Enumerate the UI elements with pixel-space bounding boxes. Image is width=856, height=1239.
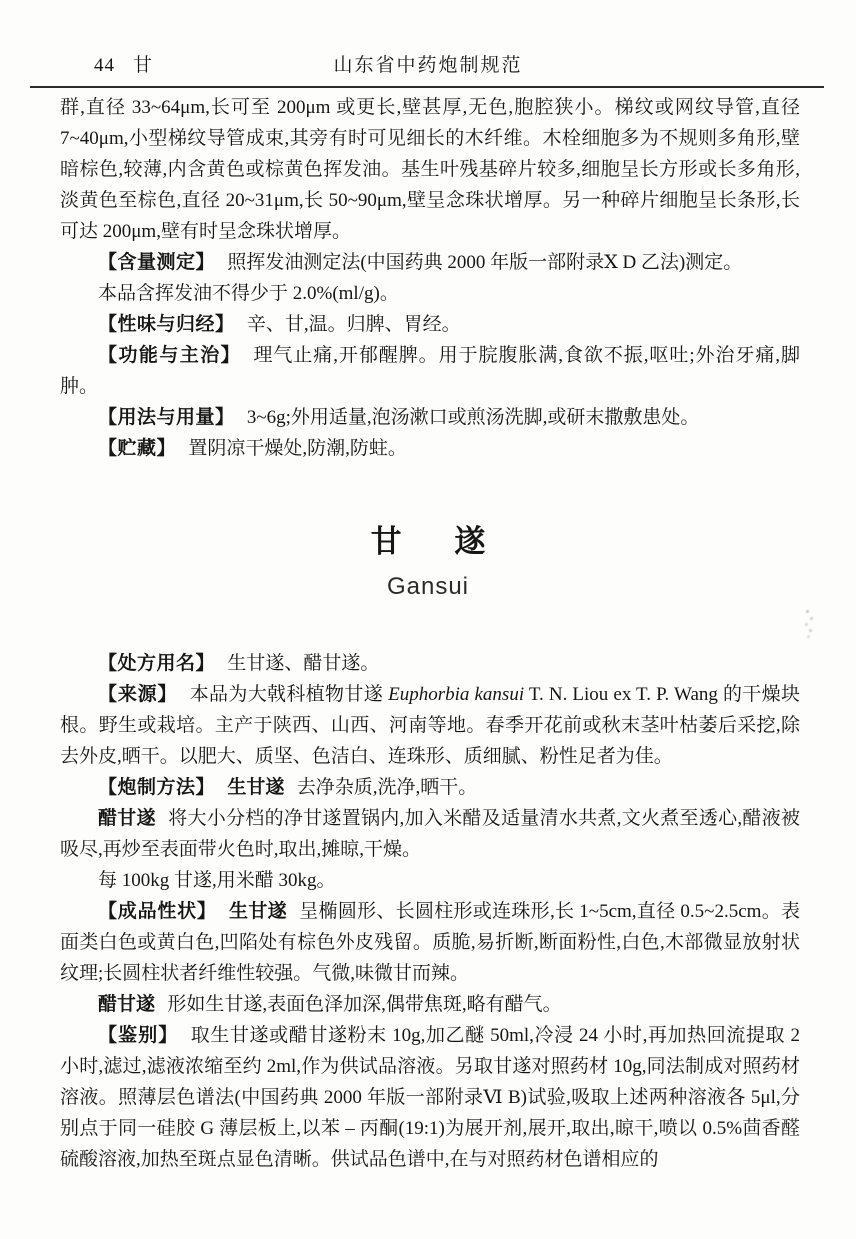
text-segment: 本品含挥发油不得少于 2.0%(ml/g)。 (98, 283, 399, 304)
paragraph: 【来源】本品为大戟科植物甘遂 Euphorbia kansui T. N. Li… (60, 679, 800, 772)
monograph-title-block: 甘 遂 Gansui (0, 516, 856, 601)
monograph-title-cn: 甘 遂 (0, 516, 856, 561)
text-segment: 形如生甘遂,表面色泽加深,偶带焦斑,略有醋气。 (167, 994, 561, 1015)
book-title: 山东省中药炮制规范 (0, 50, 856, 77)
section-label: 【炮制方法】 (98, 777, 215, 798)
text-segment: 生甘遂 (227, 777, 284, 798)
text-segment: 照挥发油测定法(中国药典 2000 年版一部附录Ⅹ D 乙法)测定。 (227, 252, 742, 273)
text-segment: 生甘遂 (229, 901, 287, 922)
section-label: 【功能与主治】 (98, 345, 241, 366)
text-segment: Euphorbia kansui (388, 684, 524, 705)
paragraph: 群,直径 33~64μm,长可至 200μm 或更长,壁甚厚,无色,胞腔狭小。梯… (60, 92, 800, 247)
paragraph: 【炮制方法】生甘遂去净杂质,洗净,晒干。 (60, 772, 800, 803)
text-segment: 醋甘遂 (98, 808, 156, 829)
section-label: 【性味与归经】 (98, 314, 235, 335)
paragraph: 醋甘遂将大小分档的净甘遂置锅内,加入米醋及适量清水共煮,文火煮至透心,醋液被吸尽… (60, 803, 800, 865)
previous-monograph-tail: 群,直径 33~64μm,长可至 200μm 或更长,壁甚厚,无色,胞腔狭小。梯… (60, 92, 800, 464)
text-segment: 生甘遂、醋甘遂。 (227, 653, 379, 674)
section-label: 【贮藏】 (98, 438, 176, 459)
text-segment: 醋甘遂 (98, 994, 155, 1015)
paragraph: 【含量测定】照挥发油测定法(中国药典 2000 年版一部附录Ⅹ D 乙法)测定。 (60, 247, 800, 278)
text-segment: 置阴凉干燥处,防潮,防蛀。 (188, 438, 407, 459)
paragraph: 【成品性状】生甘遂呈椭圆形、长圆柱形或连珠形,长 1~5cm,直径 0.5~2.… (60, 896, 800, 989)
paragraph: 每 100kg 甘遂,用米醋 30kg。 (60, 865, 800, 896)
paragraph: 本品含挥发油不得少于 2.0%(ml/g)。 (60, 278, 800, 309)
monograph-body: 【处方用名】生甘遂、醋甘遂。【来源】本品为大戟科植物甘遂 Euphorbia k… (60, 648, 800, 1175)
book-page: 44甘 山东省中药炮制规范 群,直径 33~64μm,长可至 200μm 或更长… (0, 0, 856, 1239)
scan-smudge (806, 610, 809, 613)
paragraph: 【处方用名】生甘遂、醋甘遂。 (60, 648, 800, 679)
paragraph: 【贮藏】置阴凉干燥处,防潮,防蛀。 (60, 433, 800, 464)
paragraph: 【性味与归经】辛、甘,温。归脾、胃经。 (60, 309, 800, 340)
text-segment: 群,直径 33~64μm,长可至 200μm 或更长,壁甚厚,无色,胞腔狭小。梯… (60, 97, 800, 242)
text-segment: 取生甘遂或醋甘遂粉末 10g,加乙醚 50ml,冷浸 24 小时,再加热回流提取… (60, 1025, 800, 1170)
section-label: 【用法与用量】 (98, 407, 235, 428)
paragraph: 醋甘遂形如生甘遂,表面色泽加深,偶带焦斑,略有醋气。 (60, 989, 800, 1020)
text-segment: 辛、甘,温。归脾、胃经。 (247, 314, 461, 335)
text-segment: 本品为大戟科植物甘遂 (190, 684, 388, 705)
paragraph: 【鉴别】取生甘遂或醋甘遂粉末 10g,加乙醚 50ml,冷浸 24 小时,再加热… (60, 1020, 800, 1175)
paragraph: 【用法与用量】3~6g;外用适量,泡汤漱口或煎汤洗脚,或研末撒敷患处。 (60, 402, 800, 433)
paragraph: 【功能与主治】理气止痛,开郁醒脾。用于脘腹胀满,食欲不振,呕吐;外治牙痛,脚肿。 (60, 340, 800, 402)
text-segment: 每 100kg 甘遂,用米醋 30kg。 (98, 870, 336, 891)
text-segment: 去净杂质,洗净,晒干。 (297, 777, 478, 798)
section-label: 【鉴别】 (98, 1025, 178, 1046)
section-label: 【成品性状】 (98, 901, 217, 922)
section-label: 【处方用名】 (98, 653, 215, 674)
text-segment: 将大小分档的净甘遂置锅内,加入米醋及适量清水共煮,文火煮至透心,醋液被吸尽,再炒… (60, 808, 800, 860)
text-segment: 3~6g;外用适量,泡汤漱口或煎汤洗脚,或研末撒敷患处。 (247, 407, 700, 428)
section-label: 【来源】 (98, 684, 177, 705)
header-rule (30, 86, 824, 88)
section-label: 【含量测定】 (98, 252, 215, 273)
monograph-title-pinyin: Gansui (0, 573, 856, 601)
